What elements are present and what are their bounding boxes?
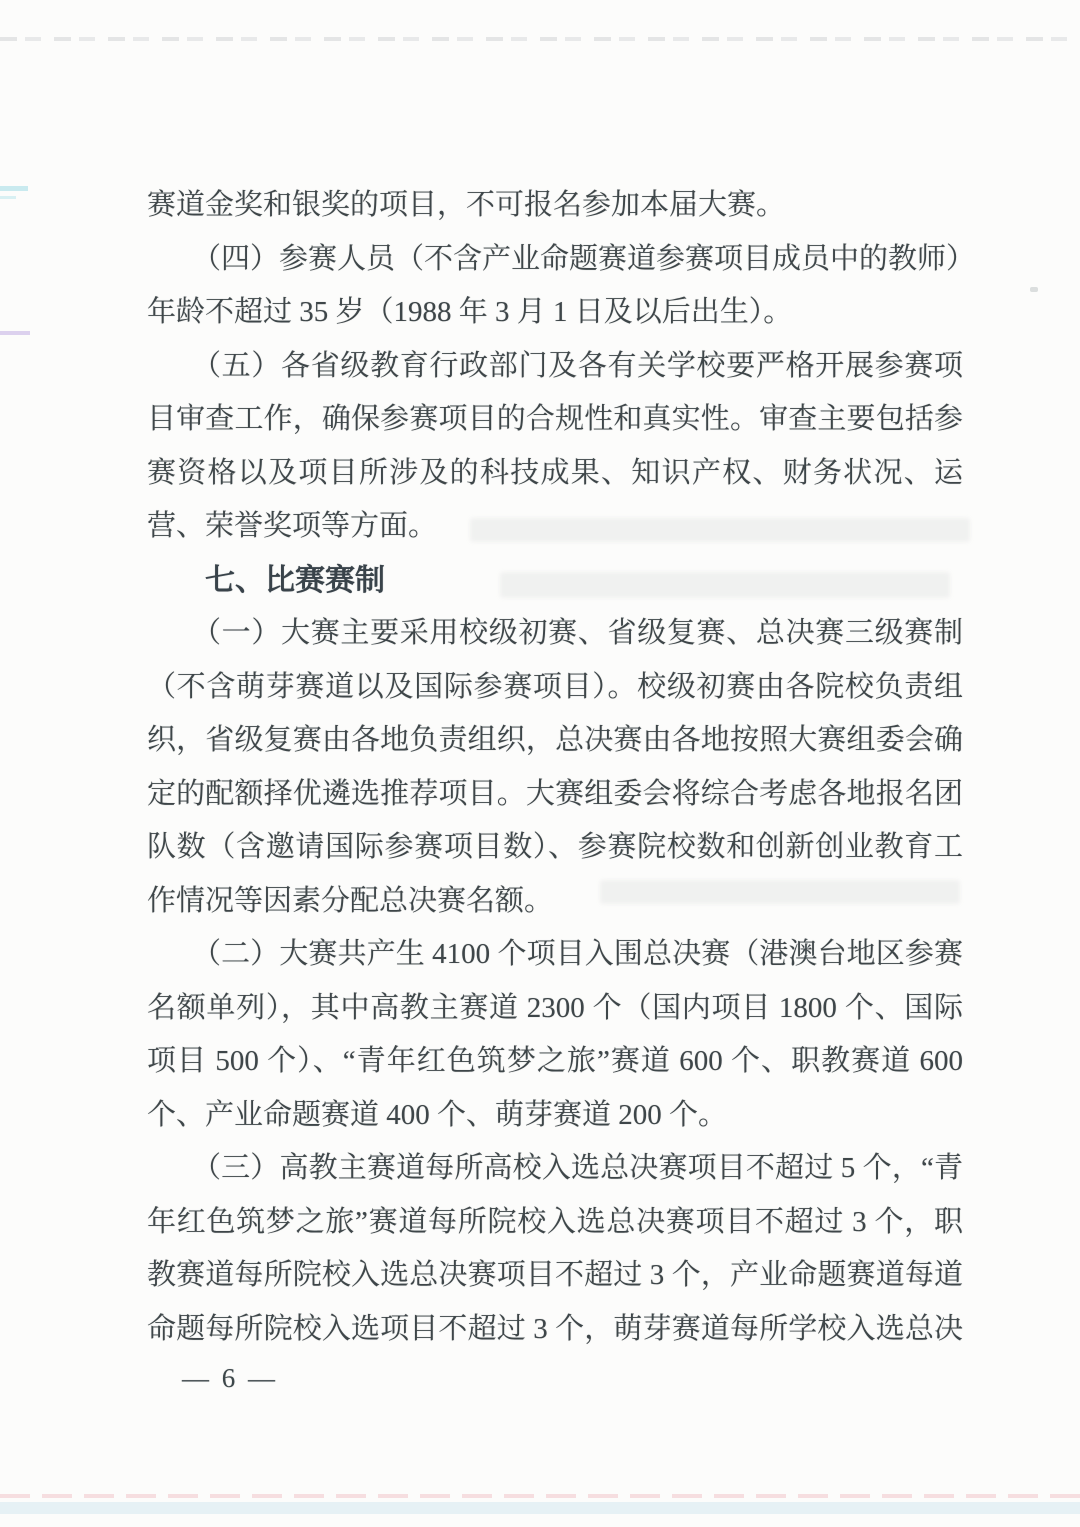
document-line: 个、产业命题赛道 400 个、萌芽赛道 200 个。 [147,1089,963,1143]
document-line: 年红色筑梦之旅”赛道每所院校入选总决赛项目不超过 3 个，职 [147,1196,963,1250]
document-line: 定的配额择优遴选推荐项目。大赛组委会将综合考虑各地报名团 [147,768,963,822]
document-line: 项目 500 个）、“青年红色筑梦之旅”赛道 600 个、职教赛道 600 [147,1035,963,1089]
document-line: 织，省级复赛由各地负责组织，总决赛由各地按照大赛组委会确 [147,714,963,768]
document-line: 名额单列），其中高教主赛道 2300 个（国内项目 1800 个、国际 [147,982,963,1036]
document-line: 命题每所院校入选项目不超过 3 个，萌芽赛道每所学校入选总决 [147,1303,963,1357]
document-line: （三）高教主赛道每所高校入选总决赛项目不超过 5 个，“青 [147,1142,963,1196]
paragraph-item-1: （一）大赛主要采用校级初赛、省级复赛、总决赛三级赛制 （不含萌芽赛道以及国际参赛… [147,607,963,928]
document-body: 赛道金奖和银奖的项目，不可报名参加本届大赛。 （四）参赛人员（不含产业命题赛道参… [147,179,963,1356]
document-line: 队数（含邀请国际参赛项目数）、参赛院校数和创新创业教育工 [147,821,963,875]
document-line: 赛道金奖和银奖的项目，不可报名参加本届大赛。 [147,179,963,233]
paragraph-item-3: （三）高教主赛道每所高校入选总决赛项目不超过 5 个，“青 年红色筑梦之旅”赛道… [147,1142,963,1356]
document-line: （不含萌芽赛道以及国际参赛项目）。校级初赛由各院校负责组 [147,661,963,715]
paragraph-continuation: 赛道金奖和银奖的项目，不可报名参加本届大赛。 [147,179,963,233]
document-line: 赛资格以及项目所涉及的科技成果、知识产权、财务状况、运 [147,447,963,501]
section-heading: 七、比赛赛制 [147,554,963,608]
scanned-document-page: 赛道金奖和银奖的项目，不可报名参加本届大赛。 （四）参赛人员（不含产业命题赛道参… [0,0,1080,1527]
scan-artifact-speck [1030,287,1038,292]
document-line: 作情况等因素分配总决赛名额。 [147,875,963,929]
page-number: — 6 — [182,1357,278,1399]
scan-artifact-cyan-mark [0,186,28,191]
scan-artifact-top-dashed-line [0,37,1080,41]
document-line: （四）参赛人员（不含产业命题赛道参赛项目成员中的教师） [147,233,963,287]
document-line: 目审查工作，确保参赛项目的合规性和真实性。审查主要包括参 [147,393,963,447]
document-line: 营、荣誉奖项等方面。 [147,500,963,554]
paragraph-item-4: （四）参赛人员（不含产业命题赛道参赛项目成员中的教师） 年龄不超过 35 岁（1… [147,233,963,340]
document-line: （一）大赛主要采用校级初赛、省级复赛、总决赛三级赛制 [147,607,963,661]
scan-artifact-cyan-mark-small [0,196,16,199]
document-line: （二）大赛共产生 4100 个项目入围总决赛（港澳台地区参赛 [147,928,963,982]
scan-artifact-purple-mark [0,331,30,335]
document-line: 教赛道每所院校入选总决赛项目不超过 3 个，产业命题赛道每道 [147,1249,963,1303]
scan-artifact-bottom-pink-dashes [0,1494,1080,1498]
paragraph-item-2: （二）大赛共产生 4100 个项目入围总决赛（港澳台地区参赛 名额单列），其中高… [147,928,963,1142]
paragraph-item-5: （五）各省级教育行政部门及各有关学校要严格开展参赛项 目审查工作，确保参赛项目的… [147,340,963,554]
document-line: 年龄不超过 35 岁（1988 年 3 月 1 日及以后出生）。 [147,286,963,340]
document-line: （五）各省级教育行政部门及各有关学校要严格开展参赛项 [147,340,963,394]
scan-artifact-bottom-blue-band [0,1502,1080,1514]
